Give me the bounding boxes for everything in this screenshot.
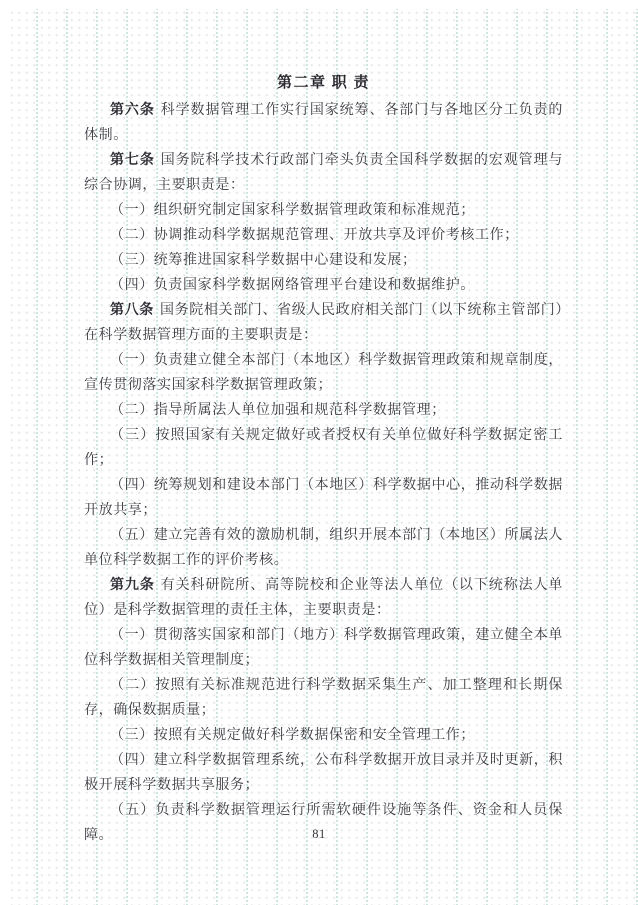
- article-item-paragraph: （四）建立科学数据管理系统，公布科学数据开放目录并及时更新，积极开展科学数据共享…: [84, 748, 563, 798]
- article-item-paragraph: （三）按照国家有关规定做好或者授权有关单位做好科学数据定密工作；: [84, 423, 563, 473]
- article-intro-text: 国务院科学技术行政部门牵头负责全国科学数据的宏观管理与综合协调，主要职责是：: [84, 153, 563, 193]
- article-number-label: 第六条: [110, 103, 155, 118]
- article-intro-text: 有关科研院所、高等院校和企业等法人单位（以下统称法人单位）是科学数据管理的责任主…: [84, 578, 563, 618]
- article-item-paragraph: （一）贯彻落实国家和部门（地方）科学数据管理政策，建立健全本单位科学数据相关管理…: [84, 623, 563, 673]
- document-page: 第二章 职 责 第六条科学数据管理工作实行国家统筹、各部门与各地区分工负责的体制…: [0, 0, 638, 905]
- page-number: 81: [0, 827, 638, 842]
- article-item-paragraph: （二）协调推动科学数据规范管理、开放共享及评价考核工作；: [84, 223, 563, 248]
- article-item-paragraph: （四）统筹规划和建设本部门（本地区）科学数据中心，推动科学数据开放共享；: [84, 473, 563, 523]
- article-number-label: 第九条: [110, 578, 155, 593]
- article-intro-text: 国务院相关部门、省级人民政府相关部门（以下统称主管部门）在科学数据管理方面的主要…: [84, 303, 563, 343]
- articles-container: 第六条科学数据管理工作实行国家统筹、各部门与各地区分工负责的体制。第七条国务院科…: [84, 98, 563, 848]
- article-intro-text: 科学数据管理工作实行国家统筹、各部门与各地区分工负责的体制。: [84, 103, 563, 143]
- article-item-paragraph: （二）指导所属法人单位加强和规范科学数据管理；: [84, 398, 563, 423]
- article-item-paragraph: （三）统筹推进国家科学数据中心建设和发展；: [84, 248, 563, 273]
- article-intro-paragraph: 第六条科学数据管理工作实行国家统筹、各部门与各地区分工负责的体制。: [84, 98, 563, 148]
- chapter-title: 第二章 职 责: [84, 71, 563, 96]
- article-item-paragraph: （一）负责建立健全本部门（本地区）科学数据管理政策和规章制度，宣传贯彻落实国家科…: [84, 348, 563, 398]
- article-intro-paragraph: 第九条有关科研院所、高等院校和企业等法人单位（以下统称法人单位）是科学数据管理的…: [84, 573, 563, 623]
- article-item-paragraph: （一）组织研究制定国家科学数据管理政策和标准规范；: [84, 198, 563, 223]
- article-item-paragraph: （四）负责国家科学数据网络管理平台建设和数据维护。: [84, 273, 563, 298]
- article-number-label: 第八条: [110, 303, 154, 318]
- article-intro-paragraph: 第七条国务院科学技术行政部门牵头负责全国科学数据的宏观管理与综合协调，主要职责是…: [84, 148, 563, 198]
- document-content: 第二章 职 责 第六条科学数据管理工作实行国家统筹、各部门与各地区分工负责的体制…: [84, 71, 563, 848]
- article-intro-paragraph: 第八条国务院相关部门、省级人民政府相关部门（以下统称主管部门）在科学数据管理方面…: [84, 298, 563, 348]
- article-item-paragraph: （三）按照有关规定做好科学数据保密和安全管理工作；: [84, 723, 563, 748]
- article-item-paragraph: （五）建立完善有效的激励机制，组织开展本部门（本地区）所属法人单位科学数据工作的…: [84, 523, 563, 573]
- article-number-label: 第七条: [110, 153, 155, 168]
- article-item-paragraph: （二）按照有关标准规范进行科学数据采集生产、加工整理和长期保存，确保数据质量；: [84, 673, 563, 723]
